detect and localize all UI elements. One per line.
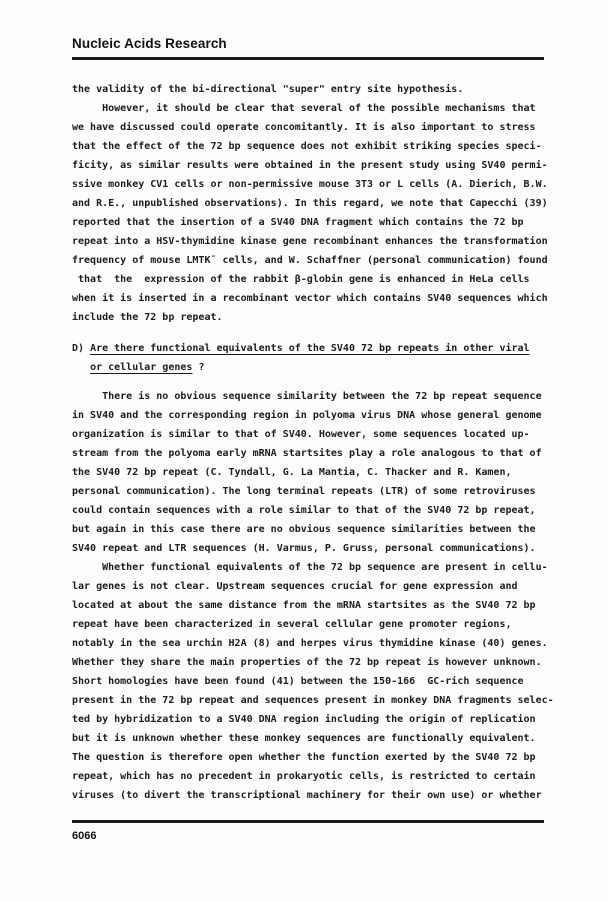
paragraph-cellular-genes: Whether functional equivalents of the 72… [72, 558, 558, 805]
text-line: ted by hybridization to a SV40 DNA regio… [72, 710, 558, 729]
text-line: the validity of the bi-directional "supe… [72, 80, 558, 99]
text-line: present in the 72 bp repeat and sequence… [72, 691, 558, 710]
text-line: repeat into a HSV-thymidine kinase gene … [72, 232, 558, 251]
text-line: There is no obvious sequence similarity … [72, 387, 558, 406]
text-line: lar genes is not clear. Upstream sequenc… [72, 577, 558, 596]
text-line: that the expression of the rabbit β-glob… [72, 270, 558, 289]
text-line: stream from the polyoma early mRNA start… [72, 444, 558, 463]
paragraph-discussion: However, it should be clear that several… [72, 99, 558, 327]
section-heading: D) Are there functional equivalents of t… [72, 339, 558, 377]
text-line: but again in this case there are no obvi… [72, 520, 558, 539]
page-number: 6066 [72, 830, 544, 842]
text-line: reported that the insertion of a SV40 DN… [72, 213, 558, 232]
text-line: Short homologies have been found (41) be… [72, 672, 558, 691]
text-line: Whether they share the main properties o… [72, 653, 558, 672]
section-heading-line2: or cellular genes [90, 362, 192, 373]
paragraph-similarity: There is no obvious sequence similarity … [72, 387, 558, 558]
text-line: that the effect of the 72 bp sequence do… [72, 137, 558, 156]
text-line: repeat, which has no precedent in prokar… [72, 767, 558, 786]
journal-header: Nucleic Acids Research [72, 36, 544, 60]
text-line: personal communication). The long termin… [72, 482, 558, 501]
text-line: SV40 repeat and LTR sequences (H. Varmus… [72, 539, 558, 558]
text-line: organization is similar to that of SV40.… [72, 425, 558, 444]
text-line: ficity, as similar results were obtained… [72, 156, 558, 175]
text-line: the SV40 72 bp repeat (C. Tyndall, G. La… [72, 463, 558, 482]
text-line: frequency of mouse LMTK¯ cells, and W. S… [72, 251, 558, 270]
text-line: include the 72 bp repeat. [72, 308, 558, 327]
text-line: and R.E., unpublished observations). In … [72, 194, 558, 213]
text-line: located at about the same distance from … [72, 596, 558, 615]
text-line: we have discussed could operate concomit… [72, 118, 558, 137]
text-line: Whether functional equivalents of the 72… [72, 558, 558, 577]
text-line: viruses (to divert the transcriptional m… [72, 786, 558, 805]
page-footer: 6066 [72, 820, 544, 842]
footer-rule [72, 820, 544, 823]
section-heading-label: D) [72, 343, 90, 354]
text-line: However, it should be clear that several… [72, 99, 558, 118]
text-line: The question is therefore open whether t… [72, 748, 558, 767]
text-line: repeat have been characterized in severa… [72, 615, 558, 634]
text-line: ssive monkey CV1 cells or non-permissive… [72, 175, 558, 194]
journal-title: Nucleic Acids Research [72, 36, 544, 51]
journal-page: Nucleic Acids Research the validity of t… [0, 0, 608, 901]
section-heading-question-mark: ? [192, 362, 204, 373]
article-body: the validity of the bi-directional "supe… [72, 80, 558, 805]
paragraph-continuation: the validity of the bi-directional "supe… [72, 80, 558, 99]
section-heading-line2-indent [72, 362, 90, 373]
header-rule [72, 57, 544, 60]
text-line: when it is inserted in a recombinant vec… [72, 289, 558, 308]
text-line: in SV40 and the corresponding region in … [72, 406, 558, 425]
section-heading-line1: Are there functional equivalents of the … [90, 343, 530, 354]
text-line: but it is unknown whether these monkey s… [72, 729, 558, 748]
text-line: notably in the sea urchin H2A (8) and he… [72, 634, 558, 653]
text-line: could contain sequences with a role simi… [72, 501, 558, 520]
